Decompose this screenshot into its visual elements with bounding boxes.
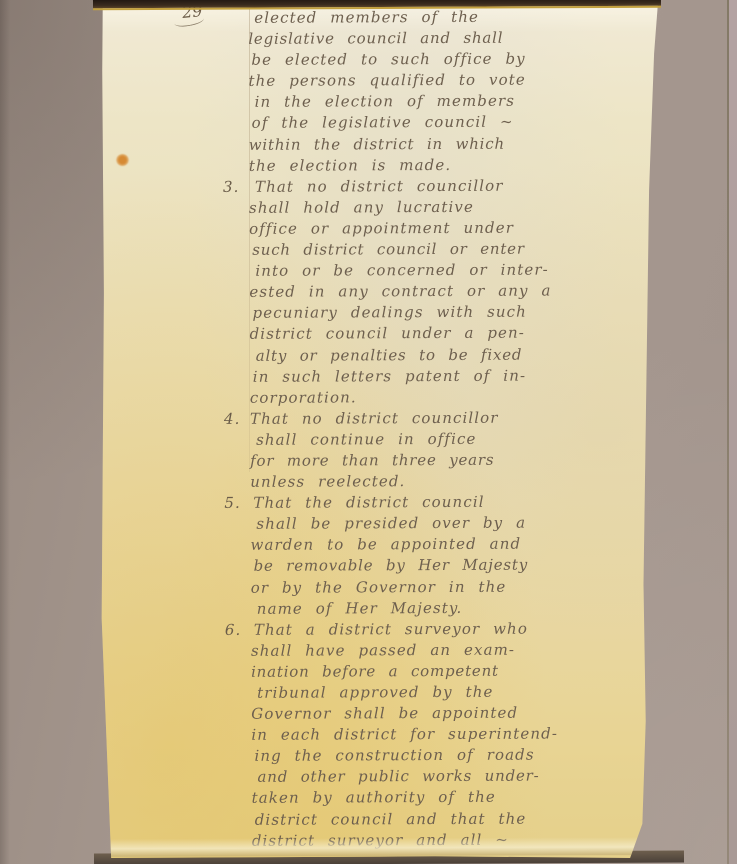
paragraph-number [225, 767, 251, 788]
handwritten-line: elected members of the [248, 6, 646, 29]
text-line: shall be presided over by a [224, 512, 648, 535]
handwritten-line: the persons qualified to vote [248, 69, 646, 92]
mount-left-shade [0, 0, 10, 864]
text-line: the election is made. [223, 154, 647, 177]
handwritten-line: unless reelected. [250, 470, 648, 493]
paragraph-number [224, 324, 250, 345]
paragraph-number [223, 134, 249, 155]
text-line: Governor shall be appointed [225, 702, 649, 725]
text-line: ination before a competent [225, 660, 649, 683]
paragraph-number: 4. [224, 409, 250, 430]
paragraph-number [225, 598, 251, 619]
text-line: name of Her Majesty. [225, 597, 649, 620]
text-line: into or be concerned or inter- [223, 259, 647, 282]
text-line: 5.That the district council [224, 491, 648, 514]
paragraph-number [224, 472, 250, 493]
text-line: be removable by Her Majesty [225, 555, 649, 578]
text-line: or by the Governor in the [225, 576, 649, 599]
paragraph-number: 3. [223, 177, 249, 198]
handwritten-line: be removable by Her Majesty [251, 555, 649, 578]
text-line: be elected to such office by [222, 48, 646, 71]
handwritten-line: shall be presided over by a [250, 512, 648, 535]
handwritten-line: of the legislative council ~ [249, 112, 647, 135]
handwritten-line: district council under a pen- [250, 322, 648, 345]
paragraph-number [223, 261, 249, 282]
handwritten-line: corporation. [250, 386, 648, 409]
paragraph-number [226, 788, 252, 809]
text-line: 3.That no district councillor [223, 175, 647, 198]
text-line: within the district in which [223, 133, 647, 156]
handwritten-line: be elected to such office by [248, 48, 646, 71]
handwritten-line: office or appointment under [249, 217, 647, 240]
paragraph-number [224, 366, 250, 387]
handwritten-line: That the district council [250, 491, 648, 514]
handwritten-line: or by the Governor in the [251, 576, 649, 599]
text-line: for more than three years [224, 449, 648, 472]
paragraph-number [222, 29, 248, 50]
text-line: shall hold any lucrative [223, 196, 647, 219]
text-line: taken by authority of the [226, 787, 650, 810]
paragraph-number [223, 303, 249, 324]
paragraph-number [223, 198, 249, 219]
paragraph-number [225, 725, 251, 746]
handwritten-line: ested in any contract or any a [249, 280, 647, 303]
paragraph-number [223, 219, 249, 240]
handwritten-line: for more than three years [250, 449, 648, 472]
text-line: ing the construction of roads [225, 744, 649, 767]
text-line: the persons qualified to vote [222, 69, 646, 92]
text-line: in each district for superintend- [225, 723, 649, 746]
paragraph-number [225, 746, 251, 767]
handwritten-line: shall have passed an exam- [251, 639, 649, 662]
paragraph-number [225, 556, 251, 577]
paragraph-number [225, 704, 251, 725]
handwritten-line: legislative council and shall [248, 27, 646, 50]
paragraph-number [225, 683, 251, 704]
page-bottom-edge [102, 837, 649, 857]
paragraph-number: 6. [225, 620, 251, 641]
paragraph-number [222, 71, 248, 92]
handwritten-line: into or be concerned or inter- [249, 259, 647, 282]
paragraph-number [223, 92, 249, 113]
text-line: of the legislative council ~ [223, 112, 647, 135]
ink-stain [116, 154, 129, 166]
handwritten-line: name of Her Majesty. [251, 597, 649, 620]
text-line: tribunal approved by the [225, 681, 649, 704]
paragraph-number [224, 535, 250, 556]
handwritten-line: alty or penalties to be fixed [250, 344, 648, 367]
text-line: elected members of the [222, 6, 646, 29]
manuscript-text: elected members of thelegislative counci… [222, 6, 650, 852]
handwritten-line: tribunal approved by the [251, 681, 649, 704]
text-line: pecuniary dealings with such [223, 301, 647, 324]
handwritten-line: in such letters patent of in- [250, 365, 648, 388]
paragraph-number: 5. [224, 493, 250, 514]
paragraph-number [224, 451, 250, 472]
paragraph-number [225, 662, 251, 683]
handwritten-line: taken by authority of the [252, 787, 650, 810]
paragraph-number [224, 430, 250, 451]
paragraph-number [224, 387, 250, 408]
handwritten-line: pecuniary dealings with such [249, 301, 647, 324]
paragraph-number [225, 577, 251, 598]
paragraph-number [222, 50, 248, 71]
handwritten-line: within the district in which [249, 133, 647, 156]
handwritten-line: shall continue in office [250, 428, 648, 451]
text-line: legislative council and shall [222, 27, 646, 50]
handwritten-line: That no district councillor [249, 175, 647, 198]
handwritten-line: Governor shall be appointed [251, 702, 649, 725]
text-line: 6.That a district surveyor who [225, 618, 649, 641]
paragraph-number [222, 8, 248, 29]
mount-right-strip [729, 0, 737, 864]
text-line: and other public works under- [225, 765, 649, 788]
handwritten-line: That a district surveyor who [251, 618, 649, 641]
text-line: alty or penalties to be fixed [224, 344, 648, 367]
text-line: shall continue in office [224, 428, 648, 451]
paragraph-number [223, 113, 249, 134]
text-line: in the election of members [223, 90, 647, 113]
text-line: office or appointment under [223, 217, 647, 240]
handwritten-line: and other public works under- [251, 765, 649, 788]
handwritten-line: ination before a competent [251, 660, 649, 683]
text-line: ested in any contract or any a [223, 280, 647, 303]
handwritten-line: in the election of members [249, 90, 647, 113]
text-line: corporation. [224, 386, 648, 409]
handwritten-line: the election is made. [249, 154, 647, 177]
text-line: district council under a pen- [224, 322, 648, 345]
paragraph-number [223, 240, 249, 261]
text-line: in such letters patent of in- [224, 365, 648, 388]
manuscript-page: 29 elected members of thelegislative cou… [100, 2, 658, 858]
paragraph-number [224, 345, 250, 366]
handwritten-line: That no district councillor [250, 407, 648, 430]
paragraph-number [224, 514, 250, 535]
handwritten-line: warden to be appointed and [250, 533, 648, 556]
paragraph-number [226, 809, 252, 830]
handwritten-line: ing the construction of roads [251, 744, 649, 767]
text-line: 4.That no district councillor [224, 407, 648, 430]
text-line: such district council or enter [223, 238, 647, 261]
photographed-manuscript: 29 elected members of thelegislative cou… [0, 0, 737, 864]
paragraph-number [223, 155, 249, 176]
text-line: unless reelected. [224, 470, 648, 493]
handwritten-line: in each district for superintend- [251, 723, 649, 746]
paragraph-number [223, 282, 249, 303]
handwritten-line: such district council or enter [249, 238, 647, 261]
text-line: shall have passed an exam- [225, 639, 649, 662]
text-line: warden to be appointed and [224, 533, 648, 556]
text-line: district council and that the [226, 808, 650, 831]
handwritten-line: district council and that the [252, 808, 650, 831]
paragraph-number [225, 641, 251, 662]
handwritten-line: shall hold any lucrative [249, 196, 647, 219]
